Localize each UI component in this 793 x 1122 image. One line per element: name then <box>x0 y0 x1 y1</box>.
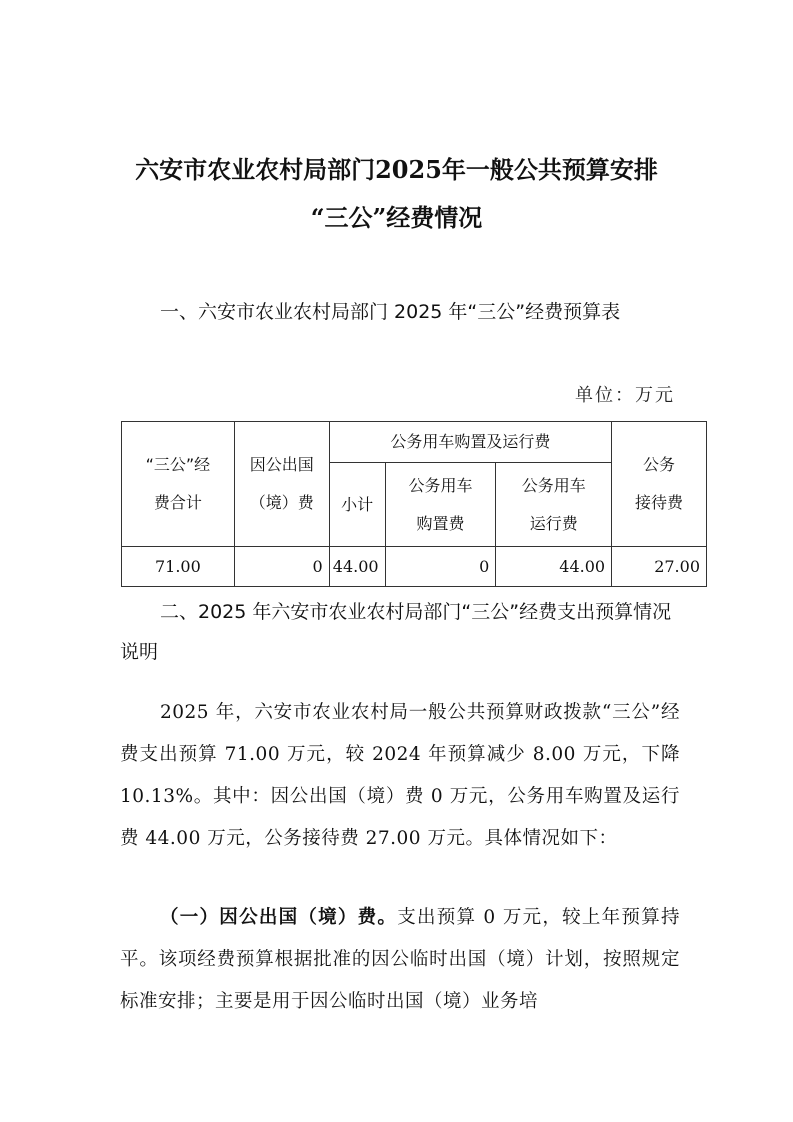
header-vehicle-group: 公务用车购置及运行费 <box>329 422 611 463</box>
value-vehicle-operation: 44.00 <box>496 547 612 587</box>
three-public-budget-table: “三公”经 费合计 因公出国 （境）费 公务用车购置及运行费 公务 接待费 小计… <box>121 421 707 587</box>
value-vehicle-purchase: 0 <box>385 547 496 587</box>
header-vehicle-purchase: 公务用车 购置费 <box>385 463 496 547</box>
value-abroad: 0 <box>234 547 329 587</box>
unit-label: 单位：万元 <box>575 381 675 407</box>
document-title-line1: 六安市农业农村局部门2025年一般公共预算安排 <box>0 150 793 185</box>
value-total: 71.00 <box>122 547 235 587</box>
section2-subsection1: （一）因公出国（境）费。支出预算 0 万元，较上年预算持平。该项经费预算根据批准… <box>120 897 680 1023</box>
header-vehicle-subtotal: 小计 <box>329 463 385 547</box>
subsection1-title: （一）因公出国（境）费。 <box>160 907 397 928</box>
header-abroad: 因公出国 （境）费 <box>234 422 329 547</box>
header-reception: 公务 接待费 <box>612 422 707 547</box>
header-vehicle-operation: 公务用车 运行费 <box>496 463 612 547</box>
value-reception: 27.00 <box>612 547 707 587</box>
section2-paragraph1: 2025 年，六安市农业农村局一般公共预算财政拨款“三公”经费支出预算 71.0… <box>120 692 680 860</box>
section1-heading: 一、六安市农业农村局部门 2025 年“三公”经费预算表 <box>120 292 680 332</box>
section2-heading: 二、2025 年六安市农业农村局部门“三公”经费支出预算情况说明 <box>120 592 680 672</box>
document-title-line2: “三公”经费情况 <box>0 198 793 233</box>
header-total: “三公”经 费合计 <box>122 422 235 547</box>
value-vehicle-subtotal: 44.00 <box>329 547 385 587</box>
